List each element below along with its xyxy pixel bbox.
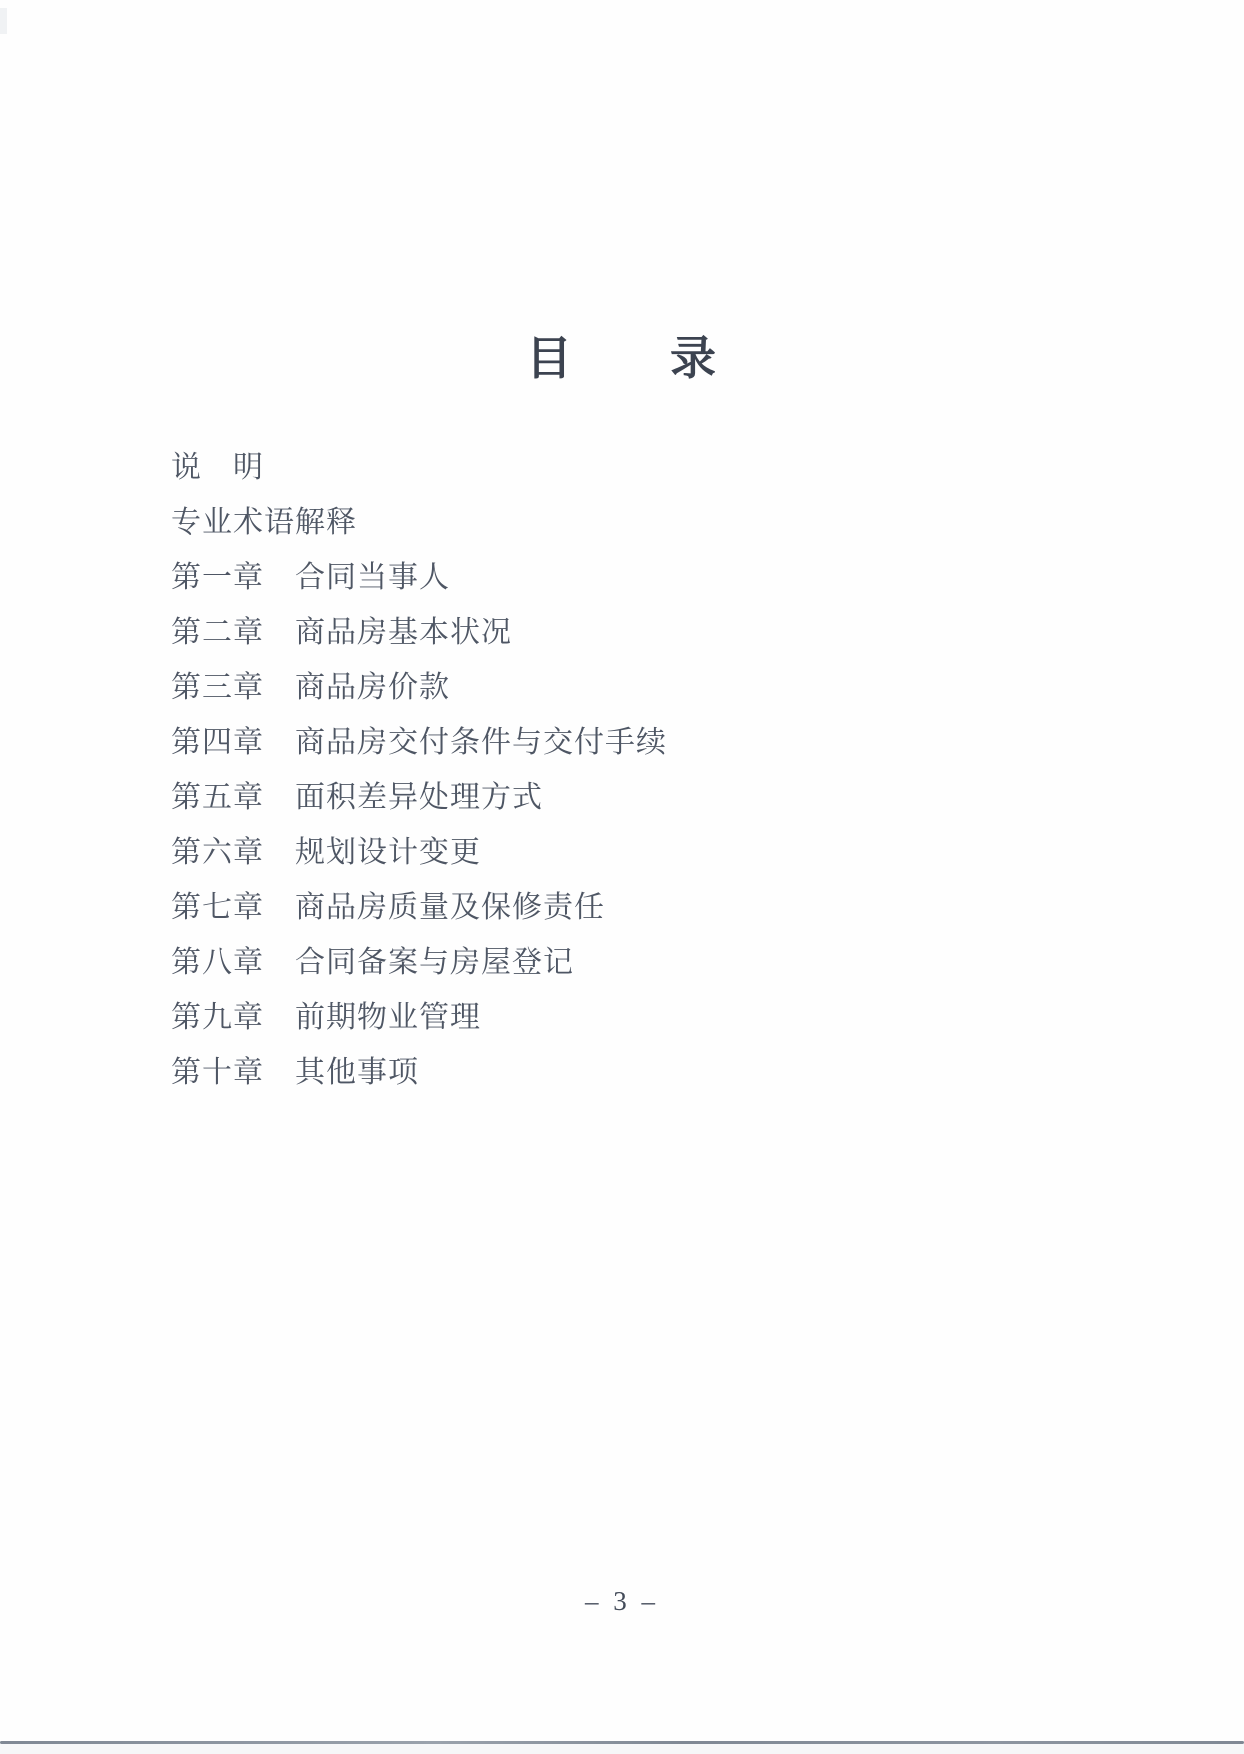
toc-item: 第六章 规划设计变更 bbox=[171, 825, 1144, 880]
page-title: 目 录 bbox=[0, 322, 1244, 388]
toc-item: 第七章 商品房质量及保修责任 bbox=[171, 880, 1144, 935]
toc-item: 专业术语解释 bbox=[171, 495, 1144, 550]
toc-item: 第十章 其他事项 bbox=[171, 1045, 1144, 1100]
page-edge-margin bbox=[0, 1744, 1244, 1754]
toc-item: 第三章 商品房价款 bbox=[171, 660, 1144, 715]
document-page: 目 录 说 明 专业术语解释 第一章 合同当事人 第二章 商品房基本状况 第三章… bbox=[0, 0, 1244, 1754]
toc-item: 第四章 商品房交付条件与交付手续 bbox=[171, 715, 1144, 770]
toc-item: 第一章 合同当事人 bbox=[171, 550, 1144, 605]
toc-item: 说 明 bbox=[171, 440, 1144, 495]
toc-list: 说 明 专业术语解释 第一章 合同当事人 第二章 商品房基本状况 第三章 商品房… bbox=[171, 440, 1144, 1100]
toc-item: 第八章 合同备案与房屋登记 bbox=[171, 935, 1144, 990]
page-number: – 3 – bbox=[0, 1586, 1244, 1617]
toc-item: 第五章 面积差异处理方式 bbox=[171, 770, 1144, 825]
toc-item: 第九章 前期物业管理 bbox=[171, 990, 1144, 1045]
toc-item: 第二章 商品房基本状况 bbox=[171, 605, 1144, 660]
scan-artifact bbox=[0, 8, 7, 34]
